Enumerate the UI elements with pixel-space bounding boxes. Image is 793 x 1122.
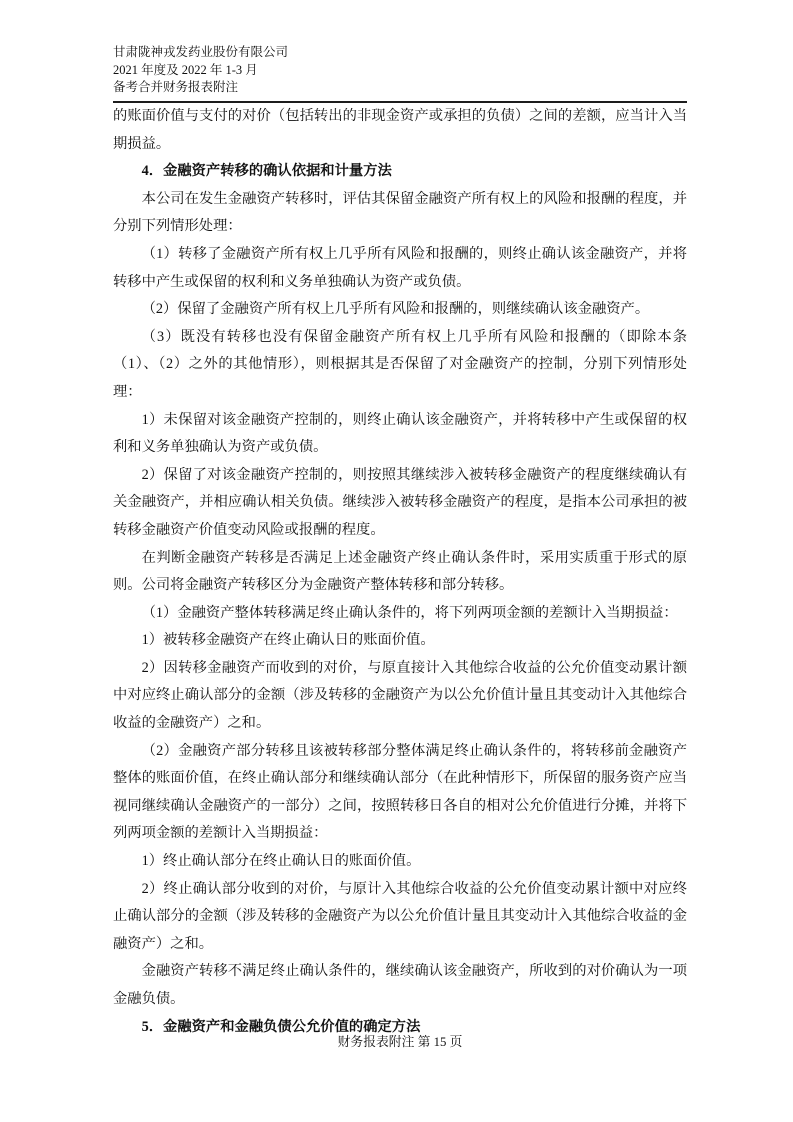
header-document-title: 备考合并财务报表附注	[113, 79, 687, 97]
paragraph: 1）未保留对该金融资产控制的，则终止确认该金融资产，并将转移中产生或保留的权利和…	[113, 407, 687, 462]
paragraph: 1）被转移金融资产在终止确认日的账面价值。	[113, 627, 687, 655]
page-header: 甘肃陇神戎发药业股份有限公司 2021 年度及 2022 年 1-3 月 备考合…	[113, 44, 687, 103]
section-heading: 4．金融资产转移的确认依据和计量方法	[113, 158, 687, 186]
document-body: 的账面价值与支付的对价（包括转出的非现金资产或承担的负债）之间的差额，应当计入当…	[113, 103, 687, 1041]
page-footer: 财务报表附注 第 15 页	[113, 1033, 687, 1051]
header-report-period: 2021 年度及 2022 年 1-3 月	[113, 62, 687, 80]
document-page: 甘肃陇神戎发药业股份有限公司 2021 年度及 2022 年 1-3 月 备考合…	[0, 0, 793, 1122]
header-company-name: 甘肃陇神戎发药业股份有限公司	[113, 44, 687, 62]
paragraph: 2）保留了对该金融资产控制的，则按照其继续涉入被转移金融资产的程度继续确认有关金…	[113, 462, 687, 545]
paragraph: （3）既没有转移也没有保留金融资产所有权上几乎所有风险和报酬的（即除本条（1）、…	[113, 324, 687, 407]
paragraph: 在判断金融资产转移是否满足上述金融资产终止确认条件时，采用实质重于形式的原则。公…	[113, 545, 687, 600]
paragraph: 的账面价值与支付的对价（包括转出的非现金资产或承担的负债）之间的差额，应当计入当…	[113, 103, 687, 158]
paragraph: （1）转移了金融资产所有权上几乎所有风险和报酬的，则终止确认该金融资产，并将转移…	[113, 241, 687, 296]
footer-page-label: 财务报表附注 第 15 页	[338, 1035, 463, 1049]
paragraph: （2）保留了金融资产所有权上几乎所有风险和报酬的，则继续确认该金融资产。	[113, 296, 687, 324]
paragraph: 金融资产转移不满足终止确认条件的，继续确认该金融资产，所收到的对价确认为一项金融…	[113, 958, 687, 1013]
paragraph: 本公司在发生金融资产转移时，评估其保留金融资产所有权上的风险和报酬的程度，并分别…	[113, 186, 687, 241]
paragraph: 2）因转移金融资产而收到的对价，与原直接计入其他综合收益的公允价值变动累计额中对…	[113, 655, 687, 738]
paragraph: 2）终止确认部分收到的对价，与原计入其他综合收益的公允价值变动累计额中对应终止确…	[113, 876, 687, 959]
paragraph: （2）金融资产部分转移且该被转移部分整体满足终止确认条件的，将转移前金融资产整体…	[113, 738, 687, 848]
paragraph: 1）终止确认部分在终止确认日的账面价值。	[113, 848, 687, 876]
paragraph: （1）金融资产整体转移满足终止确认条件的，将下列两项金额的差额计入当期损益：	[113, 600, 687, 628]
